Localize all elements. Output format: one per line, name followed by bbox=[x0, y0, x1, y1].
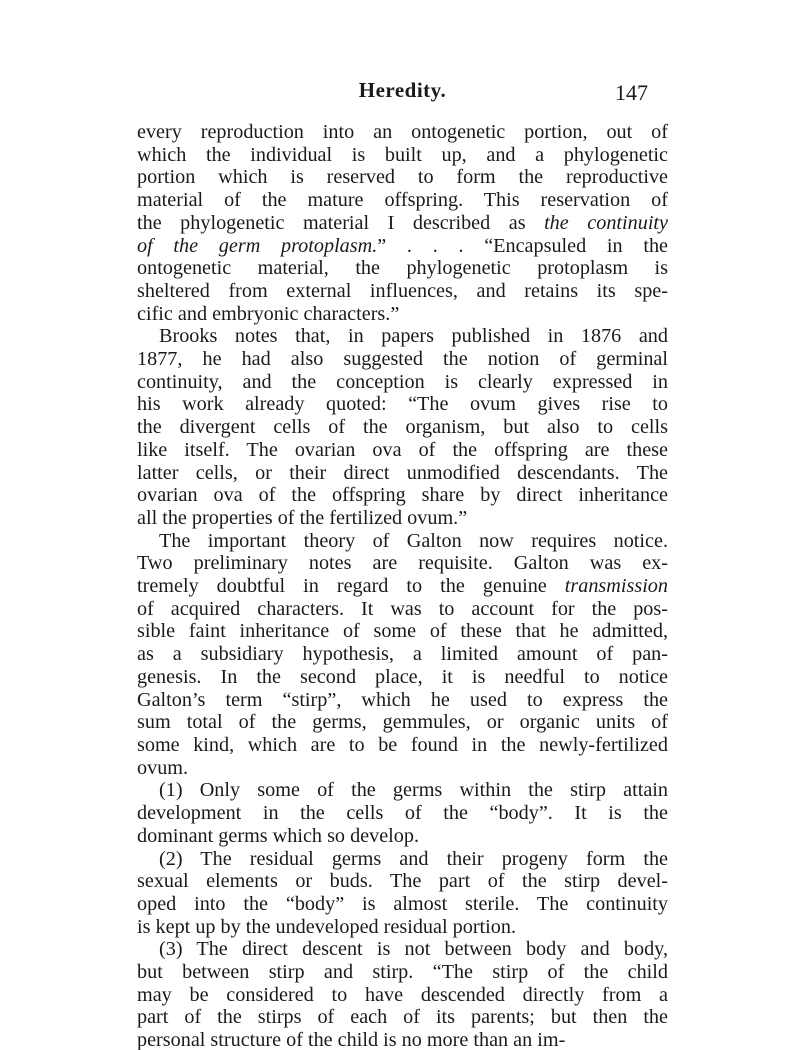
text-line: genesis. In the second place, it is need… bbox=[137, 666, 668, 689]
text-line: like itself. The ovarian ova of the offs… bbox=[137, 439, 668, 462]
text-line: personal structure of the child is no mo… bbox=[137, 1029, 668, 1050]
text-line: development in the cells of the “body”. … bbox=[137, 802, 668, 825]
text-line: latter cells, or their direct unmodified… bbox=[137, 462, 668, 485]
text-line: the phylogenetic material I described as… bbox=[137, 212, 668, 235]
italic-phrase: of the germ protoplasm. bbox=[137, 235, 377, 257]
paragraph: every reproduction into an ontogenetic p… bbox=[137, 121, 668, 325]
text-line: The important theory of Galton now requi… bbox=[137, 530, 668, 553]
text-line: sible faint inheritance of some of these… bbox=[137, 620, 668, 643]
running-title: Heredity. bbox=[137, 78, 668, 103]
text-line: part of the stirps of each of its parent… bbox=[137, 1006, 668, 1029]
paragraph: (3) The direct descent is not between bo… bbox=[137, 938, 668, 1050]
text-line: cific and embryonic characters.” bbox=[137, 303, 668, 326]
text-line: oped into the “body” is almost sterile. … bbox=[137, 893, 668, 916]
text-line: sheltered from external influences, and … bbox=[137, 280, 668, 303]
paragraph: (1) Only some of the germs within the st… bbox=[137, 779, 668, 847]
text-line: ontogenetic material, the phylogenetic p… bbox=[137, 257, 668, 280]
text-line: some kind, which are to be found in the … bbox=[137, 734, 668, 757]
text-line: may be considered to have descended dire… bbox=[137, 984, 668, 1007]
text-line: of the germ protoplasm.” . . . “Encapsul… bbox=[137, 235, 668, 258]
text-line: Galton’s term “stirp”, which he used to … bbox=[137, 689, 668, 712]
text-line: Two preliminary notes are requisite. Gal… bbox=[137, 552, 668, 575]
text-line: ovum. bbox=[137, 757, 668, 780]
page-number: 147 bbox=[615, 80, 648, 106]
text-line: of acquired characters. It was to accoun… bbox=[137, 598, 668, 621]
text-line: tremely doubtful in regard to the genuin… bbox=[137, 575, 668, 598]
paragraph: (2) The residual germs and their progeny… bbox=[137, 848, 668, 939]
text-line: but between stirp and stirp. “The stirp … bbox=[137, 961, 668, 984]
book-page: Heredity. 147 every reproduction into an… bbox=[0, 0, 800, 1050]
text-line: all the properties of the fertilized ovu… bbox=[137, 507, 668, 530]
text-line: continuity, and the conception is clearl… bbox=[137, 371, 668, 394]
paragraph: The important theory of Galton now requi… bbox=[137, 530, 668, 780]
italic-phrase: the continuity bbox=[544, 212, 668, 234]
text-line: (2) The residual germs and their progeny… bbox=[137, 848, 668, 871]
text-line: (1) Only some of the germs within the st… bbox=[137, 779, 668, 802]
text-line: portion which is reserved to form the re… bbox=[137, 166, 668, 189]
text-line: as a subsidiary hypothesis, a limited am… bbox=[137, 643, 668, 666]
text-line: every reproduction into an ontogenetic p… bbox=[137, 121, 668, 144]
text-line: which the individual is built up, and a … bbox=[137, 144, 668, 167]
text-line: (3) The direct descent is not between bo… bbox=[137, 938, 668, 961]
text-line: sexual elements or buds. The part of the… bbox=[137, 870, 668, 893]
text-line: 1877, he had also suggested the notion o… bbox=[137, 348, 668, 371]
text-line: his work already quoted: “The ovum gives… bbox=[137, 393, 668, 416]
text-line: Brooks notes that, in papers published i… bbox=[137, 325, 668, 348]
text-line: material of the mature offspring. This r… bbox=[137, 189, 668, 212]
italic-phrase: transmission bbox=[565, 575, 668, 597]
running-head: Heredity. 147 bbox=[137, 78, 668, 108]
text-line: sum total of the germs, gemmules, or org… bbox=[137, 711, 668, 734]
body-text: every reproduction into an ontogenetic p… bbox=[137, 121, 668, 1050]
text-line: the divergent cells of the organism, but… bbox=[137, 416, 668, 439]
paragraph: Brooks notes that, in papers published i… bbox=[137, 325, 668, 529]
text-line: dominant germs which so develop. bbox=[137, 825, 668, 848]
text-line: is kept up by the undeveloped residual p… bbox=[137, 916, 668, 939]
text-line: ovarian ova of the offspring share by di… bbox=[137, 484, 668, 507]
